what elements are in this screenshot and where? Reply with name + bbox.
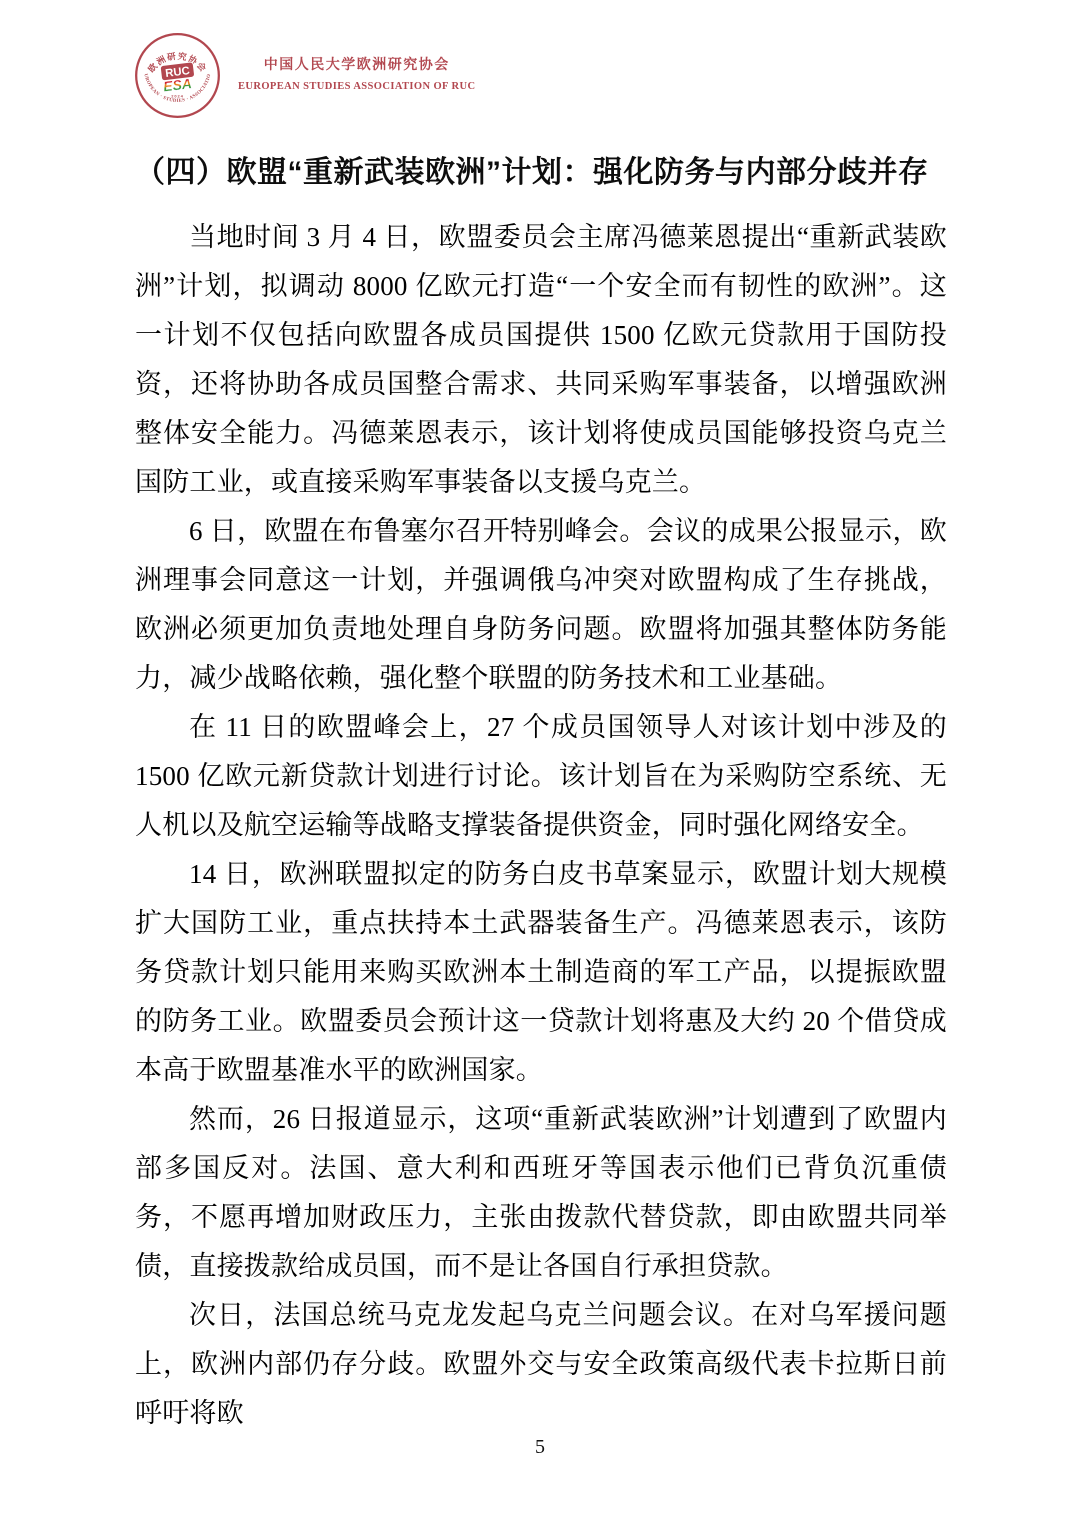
paragraph-1: 当地时间 3 月 4 日，欧盟委员会主席冯德莱恩提出“重新武装欧洲”计划，拟调动… [135,213,947,507]
page-footer: 5 [0,1436,1080,1459]
organization-name-chinese: 中国人民大学欧洲研究协会 [264,54,450,74]
organization-name-english: EUROPEAN STUDIES ASSOCIATION OF RUC [238,81,475,92]
svg-text:ESA: ESA [162,75,192,94]
page-number: 5 [535,1436,545,1458]
paragraph-5: 然而，26 日报道显示，这项“重新武装欧洲”计划遭到了欧盟内部多国反对。法国、意… [135,1095,947,1291]
organization-names: 中国人民大学欧洲研究协会 EUROPEAN STUDIES ASSOCIATIO… [238,54,475,92]
document-body: 当地时间 3 月 4 日，欧盟委员会主席冯德莱恩提出“重新武装欧洲”计划，拟调动… [135,213,947,1438]
seal-year: 2024 [171,94,183,99]
paragraph-4: 14 日，欧洲联盟拟定的防务白皮书草案显示，欧盟计划大规模扩大国防工业，重点扶持… [135,850,947,1095]
seal-esa-text: ESA [162,75,192,94]
document-page: 欧洲研究协会 EUROPEAN · STUDIES · ASSOCIATION … [0,0,1080,1527]
paragraph-2: 6 日，欧盟在布鲁塞尔召开特别峰会。会议的成果公报显示，欧洲理事会同意这一计划，… [135,507,947,703]
paragraph-6: 次日，法国总统马克龙发起乌克兰问题会议。在对乌军援问题上，欧洲内部仍存分歧。欧盟… [135,1291,947,1438]
paragraph-3: 在 11 日的欧盟峰会上，27 个成员国领导人对该计划中涉及的 1500 亿欧元… [135,703,947,850]
esa-seal-logo: 欧洲研究协会 EUROPEAN · STUDIES · ASSOCIATION … [134,32,221,119]
page-header: 欧洲研究协会 EUROPEAN · STUDIES · ASSOCIATION … [134,32,475,119]
section-title: （四）欧盟“重新武装欧洲”计划：强化防务与内部分歧并存 [135,153,947,193]
